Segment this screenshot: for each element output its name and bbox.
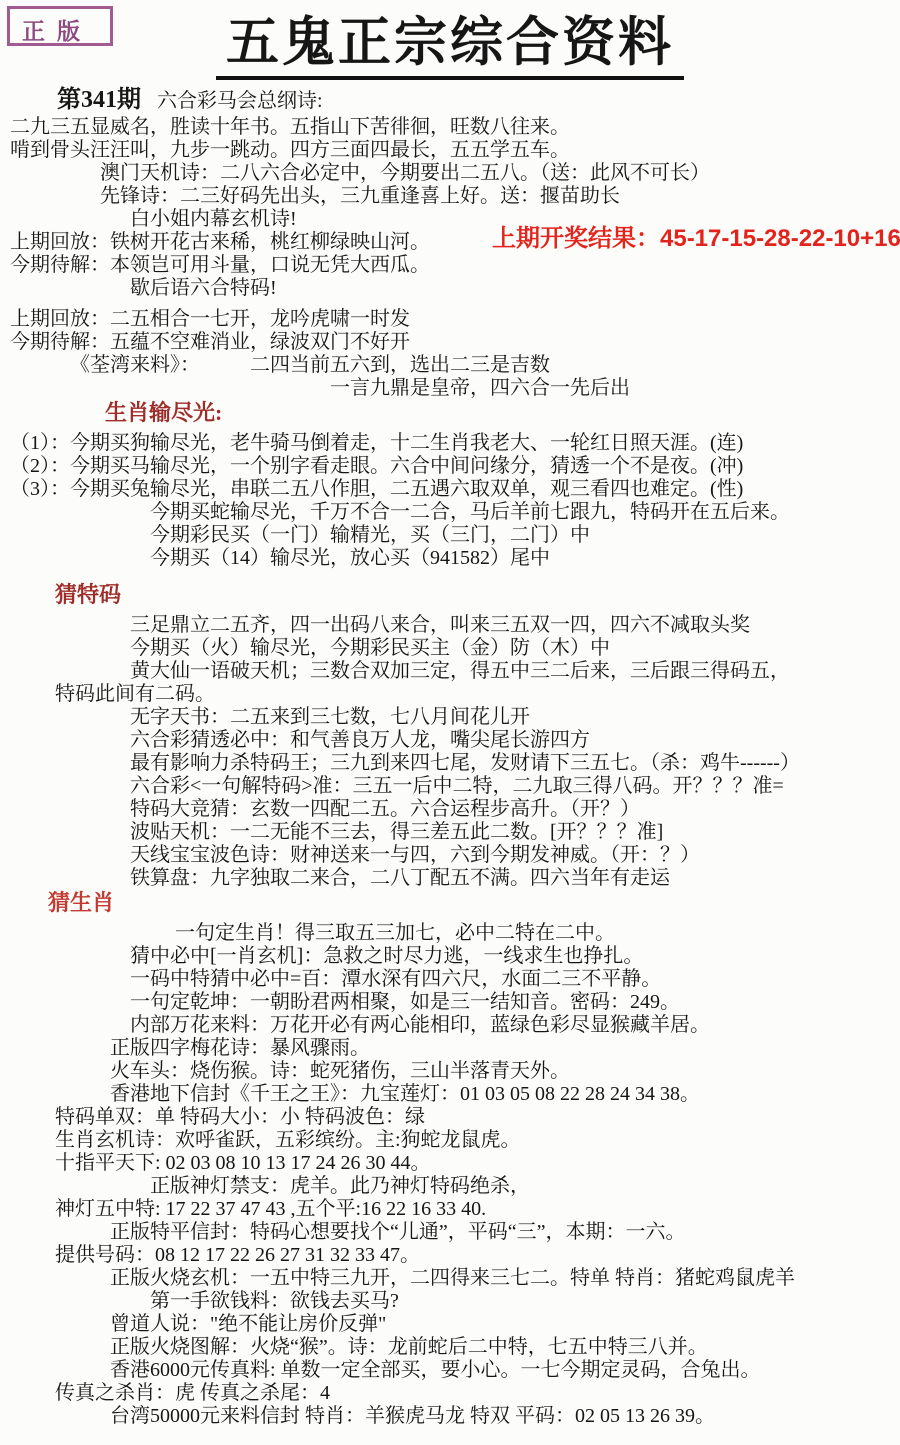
- text-line: 先锋诗：二三好码先出头，三九重逢喜上好。送：揠苗助长: [0, 185, 900, 208]
- text-line: 歇后语六合特码!: [0, 277, 900, 300]
- text-line: （1）：今期买狗输尽光，老牛骑马倒着走，十二生肖我老大、一轮红日照天涯。(连): [0, 432, 900, 455]
- text-line: 提供号码：08 12 17 22 26 27 31 32 33 47。: [0, 1244, 900, 1267]
- text-line: 特码此间有二码。: [0, 683, 900, 706]
- text-line: 今期买蛇输尽光，千万不合一二合，马后羊前七跟九，特码开在五后来。: [0, 501, 900, 524]
- text-line: 《荃湾来料》： 二四当前五六到，选出二三是吉数: [0, 354, 900, 377]
- text-line: 一言九鼎是皇帝，四六合一先后出: [0, 377, 900, 400]
- text-line: 铁算盘：九字独取二来合，二八丁配五不满。四六当年有走运: [0, 867, 900, 890]
- last-draw-result: 上期开奖结果：45-17-15-28-22-10+16: [492, 218, 900, 253]
- document-page: 正版 五鬼正宗综合资料 第341期 六合彩马会总纲诗: 二九三五显威名，胜读十年…: [0, 0, 900, 1445]
- text-line: 正版火烧玄机：一五中特三九开，二四得来三七二。特单 特肖：猪蛇鸡鼠虎羊: [0, 1267, 900, 1290]
- text-line: 正版四字梅花诗：暴风骤雨。: [0, 1037, 900, 1060]
- text-line: 天线宝宝波色诗：财神送来一与四，六到今期发神威。（开：？）: [0, 844, 900, 867]
- text-line: 神灯五中特: 17 22 37 47 43 ,五个平:16 22 16 33 4…: [0, 1198, 900, 1221]
- text-line: 特码单双：单 特码大小：小 特码波色：绿: [0, 1106, 900, 1129]
- text-line: 曾道人说："绝不能让房价反弹": [0, 1313, 900, 1336]
- text-line: 香港6000元传真料: 单数一定全部买，要小心。一七今期定灵码，合兔出。: [0, 1359, 900, 1382]
- text-line: 六合彩<一句解特码>准：三五一后中二特，二九取三得八码。开？？？准=: [0, 775, 900, 798]
- text-line: 猜中必中[一肖玄机]：急救之时尽力逃，一线求生也挣扎。: [0, 945, 900, 968]
- text-line: 传真之杀肖：虎 传真之杀尾：4: [0, 1382, 900, 1405]
- text-line: （3）：今期买兔输尽光，串联二五八作胆，二五遇六取双单，观三看四也难定。(性): [0, 478, 900, 501]
- text-line: （2）：今期买马输尽光，一个别字看走眼。六合中间问缘分，猜透一个不是夜。(冲): [0, 455, 900, 478]
- text-line: 黄大仙一语破天机；三数合双加三定，得五中三二后来，三后跟三得码五，: [0, 660, 900, 683]
- text-line: 第一手欲钱料：欲钱去买马?: [0, 1290, 900, 1313]
- text-line: 上期回放：二五相合一七开，龙吟虎啸一时发: [0, 308, 900, 331]
- text-line: 无字天书：二五来到三七数，七八月间花儿开: [0, 706, 900, 729]
- text-line: 内部万花来料：万花开必有两心能相印，蓝绿色彩尽显猴藏羊居。: [0, 1014, 900, 1037]
- text-line: 十指平天下: 02 03 08 10 13 17 24 26 30 44。: [0, 1152, 900, 1175]
- text-line: 今期买（火）输尽光，今期彩民买主（金）防（木）中: [0, 637, 900, 660]
- text-line: 今期待解：本领岂可用斗量，口说无凭大西瓜。: [0, 254, 900, 277]
- section-header-cai-tema: 猜特码: [0, 582, 900, 608]
- authentic-badge: 正版: [7, 6, 113, 46]
- text-line: 正版特平信封：特码心想要找个“儿通”，平码“三”，本期：一六。: [0, 1221, 900, 1244]
- text-line: 最有影响力杀特码王；三九到来四七尾，发财请下三五七。（杀：鸡牛------）: [0, 752, 900, 775]
- text-line: 波贴天机：一二无能不三去，得三差五此二数。[开？？？准]: [0, 821, 900, 844]
- text-line: 生肖玄机诗：欢呼雀跃，五彩缤纷。主:狗蛇龙鼠虎。: [0, 1129, 900, 1152]
- text-line: 一句定乾坤：一朝盼君两相聚，如是三一结知音。密码：249。: [0, 991, 900, 1014]
- text-line: 澳门天机诗：二八六合必定中，今期要出二五八。（送：此风不可长）: [0, 162, 900, 185]
- text-line: 今期买（14）输尽光，放心买（941582）尾中: [0, 547, 900, 570]
- text-line: 一句定生肖！得三取五三加七，必中二特在二中。: [0, 922, 900, 945]
- section-header-shengxiao-shujinguang: 生肖输尽光:: [0, 400, 900, 426]
- text-line: 六合彩猜透必中：和气善良万人龙，嘴尖尾长游四方: [0, 729, 900, 752]
- section-header-cai-shengxiao: 猜生肖: [0, 890, 900, 916]
- text-line: 台湾50000元来料信封 特肖：羊猴虎马龙 特双 平码：02 05 13 26 …: [0, 1405, 900, 1428]
- text-line: 啃到骨头汪汪叫，九步一跳动。四方三面四最长，五五学五车。: [0, 139, 900, 162]
- issue-row: 第341期 六合彩马会总纲诗:: [0, 82, 900, 114]
- text-line: 今期待解：五蕴不空难消业，绿波双门不好开: [0, 331, 900, 354]
- text-line: 火车头：烧伤猴。诗：蛇死猪伤，三山半落青天外。: [0, 1060, 900, 1083]
- text-line: 正版神灯禁支：虎羊。此乃神灯特码绝杀，: [0, 1175, 900, 1198]
- text-line: 今期彩民买（一门）输精光，买（三门，二门）中: [0, 524, 900, 547]
- text-line: 二九三五显威名，胜读十年书。五指山下苦徘徊，旺数八往来。: [0, 116, 900, 139]
- text-line: 三足鼎立二五齐，四一出码八来合，叫来三五双一四，四六不减取头奖: [0, 614, 900, 637]
- issue-number: 第341期: [57, 79, 141, 114]
- text-line: 香港地下信封《千王之王》：九宝莲灯：01 03 05 08 22 28 24 3…: [0, 1083, 900, 1106]
- subtitle: 六合彩马会总纲诗:: [157, 84, 323, 114]
- text-line: 正版火烧图解：火烧“猴”。诗：龙前蛇后二中特，七五中特三八并。: [0, 1336, 900, 1359]
- text-line: 特码大竞猜：玄数一四配二五。六合运程步高升。（开？）: [0, 798, 900, 821]
- document-body: 二九三五显威名，胜读十年书。五指山下苦徘徊，旺数八往来。 啃到骨头汪汪叫，九步一…: [0, 116, 900, 1428]
- page-title: 五鬼正宗综合资料: [216, 16, 684, 80]
- title-wrap: 五鬼正宗综合资料: [0, 0, 900, 80]
- text-line: 一码中特猜中必中=百：潭水深有四六尺，水面二三不平静。: [0, 968, 900, 991]
